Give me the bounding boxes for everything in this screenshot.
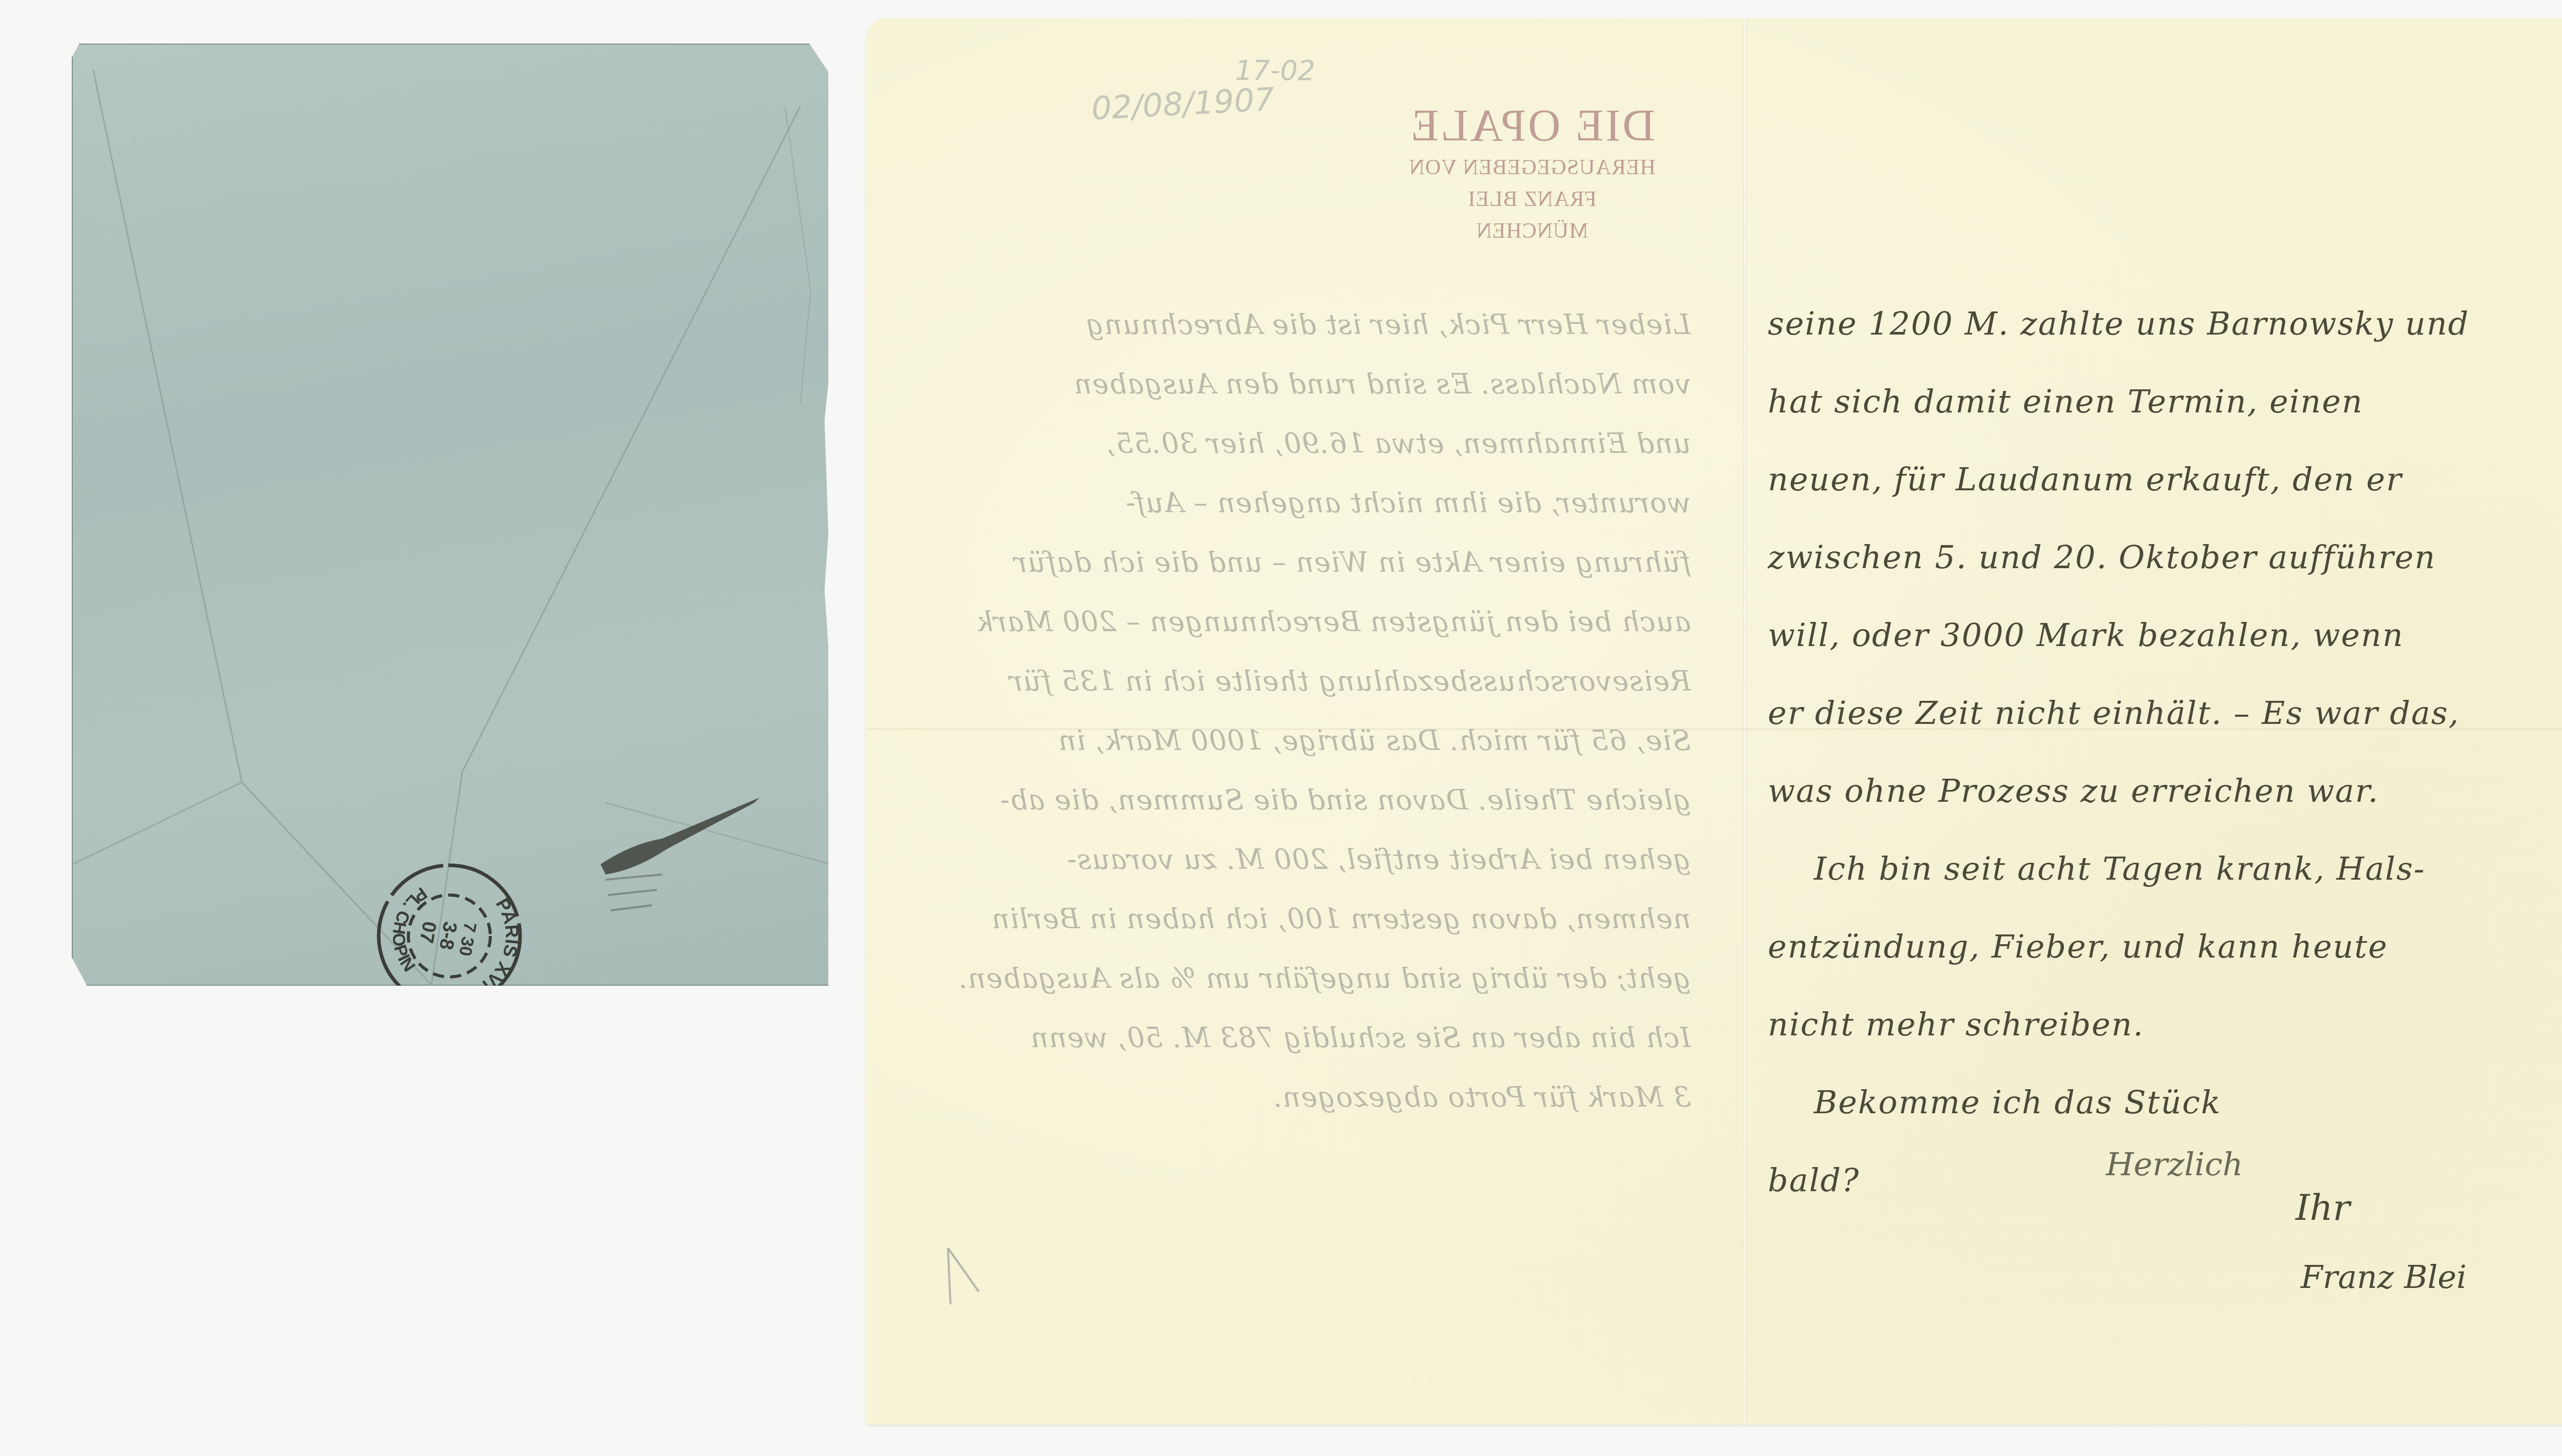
letterhead-city: MÜNCHEN — [1389, 215, 1676, 247]
left-page-showthrough-text: Lieber Herr Pick, hier ist die Abrechnun… — [943, 295, 1691, 1127]
ghost-line: Reisevorschussbezahlung theilte ich in 1… — [943, 652, 1691, 711]
letter-line: nicht mehr schreiben. — [1768, 986, 2562, 1064]
postmark-stamp: PARIS XVI PL. CHOPIN 7 30 3-8 07 — [373, 859, 526, 1013]
letterhead-showthrough: DIE OPALE HERAUSGEGEBEN VON FRANZ BLEI M… — [1389, 100, 1676, 247]
ghost-line: Lieber Herr Pick, hier ist die Abrechnun… — [943, 295, 1691, 355]
ghost-line: 3 Mark für Porto abgezogen. — [943, 1068, 1691, 1127]
center-fold — [1743, 18, 1746, 1425]
ghost-line: auch bei den jüngsten Berechnungen – 200… — [943, 592, 1691, 652]
ghost-line: führung einer Akte in Wien – und die ich… — [943, 533, 1691, 592]
letterhead-publisher-line: HERAUSGEGEBEN VON — [1389, 152, 1676, 183]
letter-line: seine 1200 M. zahlte uns Barnowsky und — [1768, 285, 2562, 363]
letter-line: Bekomme ich das Stück — [1768, 1064, 2562, 1141]
page-number-mark — [938, 1243, 984, 1309]
ghost-line: geht; der übrig sind ungefähr um % als A… — [943, 949, 1691, 1008]
ghost-line: worunter, die ihm nicht angehen – Auf- — [943, 473, 1691, 533]
letter-line: Ich bin seit acht Tagen krank, Hals- — [1768, 830, 2562, 908]
letter-line: zwischen 5. und 20. Oktober aufführen — [1768, 518, 2562, 596]
pencil-date-annotation: 02/08/1907 — [1090, 80, 1275, 128]
ghost-line: und Einnahmen, etwa 16.90, hier 30.55, — [943, 414, 1691, 473]
letter-line: neuen, für Laudanum erkauft, den er — [1768, 441, 2562, 518]
pencil-number-annotation: 17-02 — [1235, 54, 1315, 87]
letterhead-editor-name: FRANZ BLEI — [1389, 183, 1676, 215]
envelope-back: PARIS XVI PL. CHOPIN 7 30 3-8 07 — [72, 44, 832, 986]
letter-line: er diese Zeit nicht einhält. – Es war da… — [1768, 674, 2562, 752]
letter-sheet: 02/08/1907 17-02 DIE OPALE HERAUSGEGEBEN… — [866, 18, 2562, 1425]
ghost-line: Sie, 65 für mich. Das übrige, 1000 Mark,… — [943, 711, 1691, 771]
closing-salutation: Herzlich — [2106, 1146, 2243, 1183]
ink-smudge-mark — [585, 793, 770, 926]
closing-ihr: Ihr — [2296, 1187, 2350, 1229]
letter-line: will, oder 3000 Mark bezahlen, wenn — [1768, 596, 2562, 674]
svg-text:07: 07 — [415, 920, 440, 945]
ghost-line: gehen bei Arbeit entfiel, 200 M. zu vora… — [943, 830, 1691, 889]
letterhead-title: DIE OPALE — [1389, 100, 1676, 152]
ghost-line: gleiche Theile. Davon sind die Summen, d… — [943, 771, 1691, 830]
letter-line: was ohne Prozess zu erreichen war. — [1768, 752, 2562, 830]
signature: Franz Blei — [2301, 1258, 2467, 1296]
ghost-line: nehmen, davon gestern 100, ich haben in … — [943, 889, 1691, 949]
right-page-handwritten-text: seine 1200 M. zahlte uns Barnowsky und h… — [1768, 285, 2562, 1219]
letter-line: hat sich damit einen Termin, einen — [1768, 363, 2562, 441]
ghost-line: Ich bin aber an Sie schuldig 783 M. 50, … — [943, 1008, 1691, 1068]
letter-line: entzündung, Fieber, und kann heute — [1768, 908, 2562, 986]
ghost-line: vom Nachlass. Es sind rund den Ausgaben — [943, 355, 1691, 414]
